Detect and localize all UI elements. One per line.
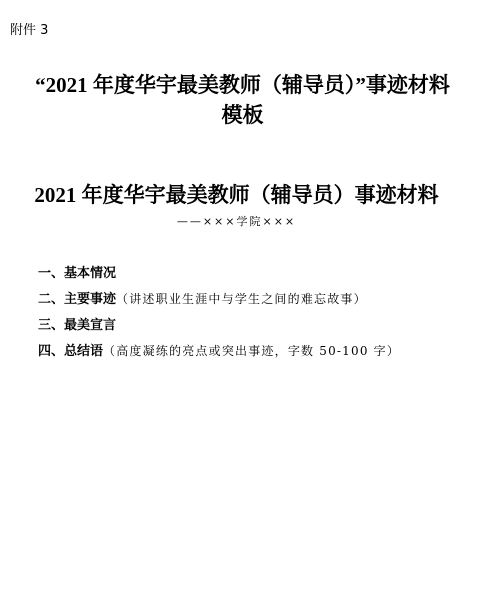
outline-item-note: （高度凝练的亮点或突出事迹，字数 50-100 字） [103,344,400,358]
main-heading: 2021 年度华宇最美教师（辅导员）事迹材料 [0,180,473,210]
outline-item-declaration: 三、最美宣言 [38,316,400,342]
outline-item-note: （讲述职业生涯中与学生之间的难忘故事） [116,292,367,306]
sub-heading-college: ——×××学院××× [0,214,473,230]
document-title-line-2: 模板 [0,100,485,130]
outline-item-main-deeds: 二、主要事迹（讲述职业生涯中与学生之间的难忘故事） [38,290,400,316]
outline-item-label: 一、基本情况 [38,266,116,281]
outline-item-summary: 四、总结语（高度凝练的亮点或突出事迹，字数 50-100 字） [38,342,400,368]
outline-item-label: 三、最美宣言 [38,318,116,333]
outline-list: 一、基本情况 二、主要事迹（讲述职业生涯中与学生之间的难忘故事） 三、最美宣言 … [38,264,400,368]
outline-item-basic-info: 一、基本情况 [38,264,400,290]
outline-item-label: 二、主要事迹 [38,292,116,307]
outline-item-label: 四、总结语 [38,344,103,359]
document-title: “2021 年度华宇最美教师（辅导员）”事迹材料 模板 [0,70,485,130]
document-title-line-1: “2021 年度华宇最美教师（辅导员）”事迹材料 [0,70,485,100]
attachment-label: 附件 3 [10,23,48,39]
